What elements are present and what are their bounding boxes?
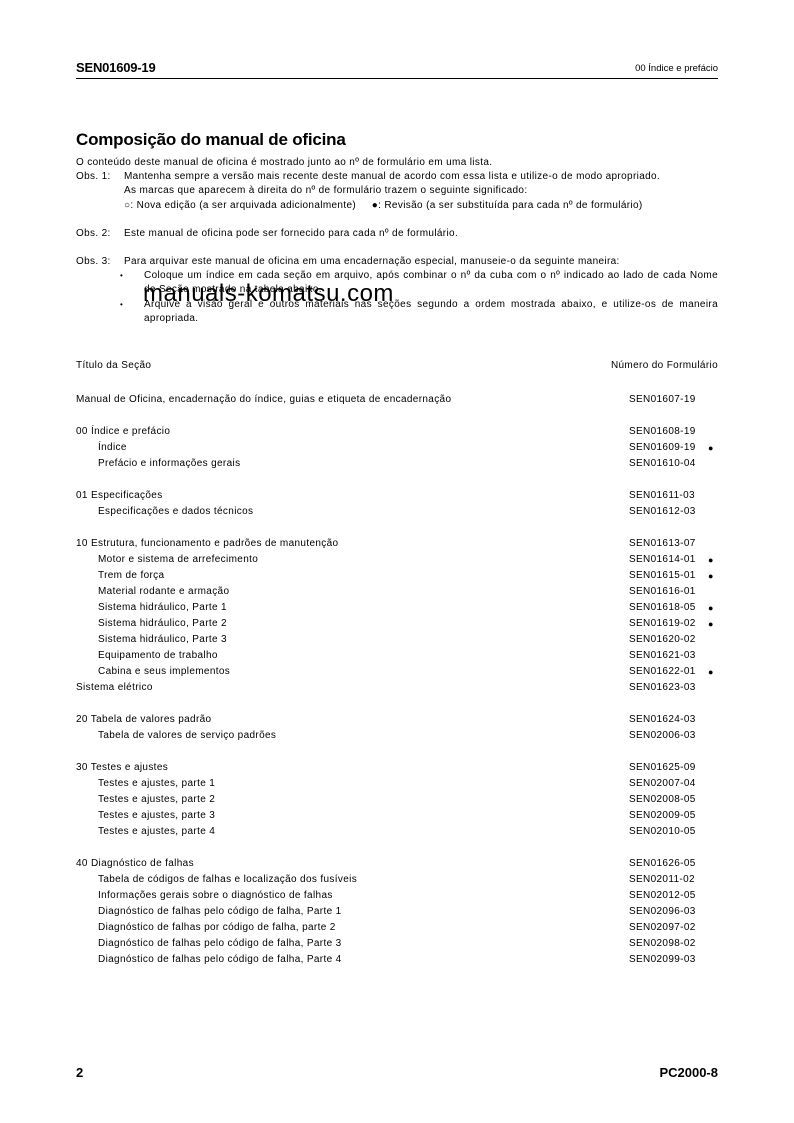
table-row: Diagnóstico de falhas pelo código de fal… (76, 936, 718, 952)
form-number: SEN02010-05 (629, 824, 696, 840)
form-number: SEN01609-19 (629, 440, 696, 456)
table-row: Diagnóstico de falhas por código de falh… (76, 920, 718, 936)
form-number: SEN02096-03 (629, 904, 696, 920)
form-number: SEN02012-05 (629, 888, 696, 904)
page-number: 2 (76, 1065, 83, 1080)
table-row: 40 Diagnóstico de falhasSEN01626-05 (76, 856, 718, 872)
form-number: SEN02008-05 (629, 792, 696, 808)
section-title: 00 Índice e prefácio (76, 424, 170, 440)
revision-mark-icon: ● (708, 568, 714, 584)
watermark: manuals-komatsu.com (143, 280, 394, 308)
section-title: Diagnóstico de falhas pelo código de fal… (98, 936, 342, 952)
bullet-icon: • (120, 269, 144, 297)
form-number: SEN01622-01 (629, 664, 696, 680)
section-title: Diagnóstico de falhas pelo código de fal… (98, 904, 342, 920)
table-row: Sistema hidráulico, Parte 3SEN01620-02 (76, 632, 718, 648)
form-number: SEN01608-19 (629, 424, 696, 440)
form-number: SEN01626-05 (629, 856, 696, 872)
page-title: Composição do manual de oficina (76, 130, 346, 150)
table-row: Equipamento de trabalhoSEN01621-03 (76, 648, 718, 664)
section-title: Sistema hidráulico, Parte 3 (98, 632, 227, 648)
table-row: 00 Índice e prefácioSEN01608-19 (76, 424, 718, 440)
bullet-icon: • (120, 298, 144, 326)
obs-1-text: Mantenha sempre a versão mais recente de… (124, 170, 718, 184)
form-number: SEN02098-02 (629, 936, 696, 952)
form-number: SEN02099-03 (629, 952, 696, 968)
table-row: Trem de forçaSEN01615-01● (76, 568, 718, 584)
form-number: SEN01621-03 (629, 648, 696, 664)
form-number: SEN01611-03 (629, 488, 695, 504)
section-title: Tabela de valores de serviço padrões (98, 728, 276, 744)
section-title: Material rodante e armação (98, 584, 229, 600)
table-row: Especificações e dados técnicosSEN01612-… (76, 504, 718, 520)
form-number: SEN01616-01 (629, 584, 696, 600)
section-title: Equipamento de trabalho (98, 648, 218, 664)
section-title: Sistema hidráulico, Parte 2 (98, 616, 227, 632)
table-spacer (76, 520, 718, 536)
section-title: Testes e ajustes, parte 1 (98, 776, 215, 792)
table-row: Prefácio e informações geraisSEN01610-04 (76, 456, 718, 472)
form-number: SEN01610-04 (629, 456, 696, 472)
table-row: Motor e sistema de arrefecimentoSEN01614… (76, 552, 718, 568)
table-row: 10 Estrutura, funcionamento e padrões de… (76, 536, 718, 552)
section-title: Diagnóstico de falhas por código de falh… (98, 920, 336, 936)
table-row: Testes e ajustes, parte 3SEN02009-05 (76, 808, 718, 824)
form-number: SEN01612-03 (629, 504, 696, 520)
table-header: Título da Seção Número do Formulário (76, 360, 718, 376)
section-title: Tabela de códigos de falhas e localizaçã… (98, 872, 357, 888)
table-row: Diagnóstico de falhas pelo código de fal… (76, 952, 718, 968)
table-row: Diagnóstico de falhas pelo código de fal… (76, 904, 718, 920)
table-spacer (76, 696, 718, 712)
table-spacer (76, 840, 718, 856)
revision-mark-icon: ● (708, 552, 714, 568)
obs-3-text: Para arquivar este manual de oficina em … (124, 255, 718, 269)
table-row: Testes e ajustes, parte 1SEN02007-04 (76, 776, 718, 792)
marks-legend: ○: Nova edição (a ser arquivada adiciona… (76, 199, 718, 213)
section-title: 10 Estrutura, funcionamento e padrões de… (76, 536, 338, 552)
form-number: SEN01614-01 (629, 552, 696, 568)
intro-line: O conteúdo deste manual de oficina é mos… (76, 156, 718, 170)
section-title: 01 Especificações (76, 488, 163, 504)
form-number: SEN01613-07 (629, 536, 696, 552)
section-title: Prefácio e informações gerais (98, 456, 240, 472)
obs-1-label: Obs. 1: (76, 170, 124, 184)
section-table: Título da Seção Número do Formulário Man… (76, 360, 718, 968)
section-title: Especificações e dados técnicos (98, 504, 253, 520)
form-number: SEN01620-02 (629, 632, 696, 648)
table-row: 01 EspecificaçõesSEN01611-03 (76, 488, 718, 504)
section-title: Sistema elétrico (76, 680, 153, 696)
table-spacer (76, 408, 718, 424)
revision-mark-icon: ● (708, 664, 714, 680)
section-title: Cabina e seus implementos (98, 664, 230, 680)
revision-mark-icon: ● (708, 616, 714, 632)
form-number: SEN01607-19 (629, 392, 696, 408)
table-row: Sistema hidráulico, Parte 1SEN01618-05● (76, 600, 718, 616)
obs-3: Obs. 3: Para arquivar este manual de ofi… (76, 255, 718, 269)
section-title: Diagnóstico de falhas pelo código de fal… (98, 952, 342, 968)
form-number: SEN01615-01 (629, 568, 696, 584)
form-number: SEN01623-03 (629, 680, 696, 696)
page-header: SEN01609-19 00 Índice e prefácio (76, 58, 718, 79)
table-row: Cabina e seus implementosSEN01622-01● (76, 664, 718, 680)
section-name: 00 Índice e prefácio (635, 63, 718, 74)
table-body: Manual de Oficina, encadernação do índic… (76, 392, 718, 968)
document-code: SEN01609-19 (76, 60, 155, 75)
table-row: Tabela de códigos de falhas e localizaçã… (76, 872, 718, 888)
table-row: Sistema hidráulico, Parte 2SEN01619-02● (76, 616, 718, 632)
obs-2-text: Este manual de oficina pode ser fornecid… (124, 227, 718, 241)
form-number: SEN01618-05 (629, 600, 696, 616)
table-row: Material rodante e armaçãoSEN01616-01 (76, 584, 718, 600)
form-number: SEN02007-04 (629, 776, 696, 792)
section-title: 20 Tabela de valores padrão (76, 712, 211, 728)
section-title: Informações gerais sobre o diagnóstico d… (98, 888, 333, 904)
section-title: 40 Diagnóstico de falhas (76, 856, 194, 872)
form-number: SEN02009-05 (629, 808, 696, 824)
legend-new-edition: ○: Nova edição (a ser arquivada adiciona… (124, 200, 356, 211)
table-row: Testes e ajustes, parte 2SEN02008-05 (76, 792, 718, 808)
table-row: Testes e ajustes, parte 4SEN02010-05 (76, 824, 718, 840)
column-header-form-number: Número do Formulário (611, 360, 718, 371)
table-row: 20 Tabela de valores padrãoSEN01624-03 (76, 712, 718, 728)
form-number: SEN01619-02 (629, 616, 696, 632)
obs-1-marks: As marcas que aparecem à direita do nº d… (76, 184, 718, 198)
machine-model: PC2000-8 (659, 1065, 718, 1080)
form-number: SEN01624-03 (629, 712, 696, 728)
revision-mark-icon: ● (708, 440, 714, 456)
section-title: Sistema hidráulico, Parte 1 (98, 600, 227, 616)
table-spacer (76, 472, 718, 488)
form-number: SEN02097-02 (629, 920, 696, 936)
obs-2: Obs. 2: Este manual de oficina pode ser … (76, 227, 718, 241)
obs-3-label: Obs. 3: (76, 255, 124, 269)
form-number: SEN02011-02 (629, 872, 695, 888)
table-row: Sistema elétricoSEN01623-03 (76, 680, 718, 696)
table-row: Informações gerais sobre o diagnóstico d… (76, 888, 718, 904)
table-row: ÍndiceSEN01609-19● (76, 440, 718, 456)
section-title: 30 Testes e ajustes (76, 760, 168, 776)
section-title: Índice (98, 440, 127, 456)
section-title: Manual de Oficina, encadernação do índic… (76, 392, 451, 408)
table-row: Tabela de valores de serviço padrõesSEN0… (76, 728, 718, 744)
section-title: Testes e ajustes, parte 4 (98, 824, 215, 840)
table-spacer (76, 744, 718, 760)
form-number: SEN01625-09 (629, 760, 696, 776)
column-header-title: Título da Seção (76, 360, 151, 371)
obs-2-label: Obs. 2: (76, 227, 124, 241)
section-title: Trem de força (98, 568, 164, 584)
revision-mark-icon: ● (708, 600, 714, 616)
section-title: Testes e ajustes, parte 2 (98, 792, 215, 808)
table-row: 30 Testes e ajustesSEN01625-09 (76, 760, 718, 776)
section-title: Motor e sistema de arrefecimento (98, 552, 258, 568)
form-number: SEN02006-03 (629, 728, 696, 744)
section-title: Testes e ajustes, parte 3 (98, 808, 215, 824)
table-row: Manual de Oficina, encadernação do índic… (76, 392, 718, 408)
obs-1: Obs. 1: Mantenha sempre a versão mais re… (76, 170, 718, 184)
legend-revision: ●: Revisão (a ser substituída para cada … (372, 200, 643, 211)
